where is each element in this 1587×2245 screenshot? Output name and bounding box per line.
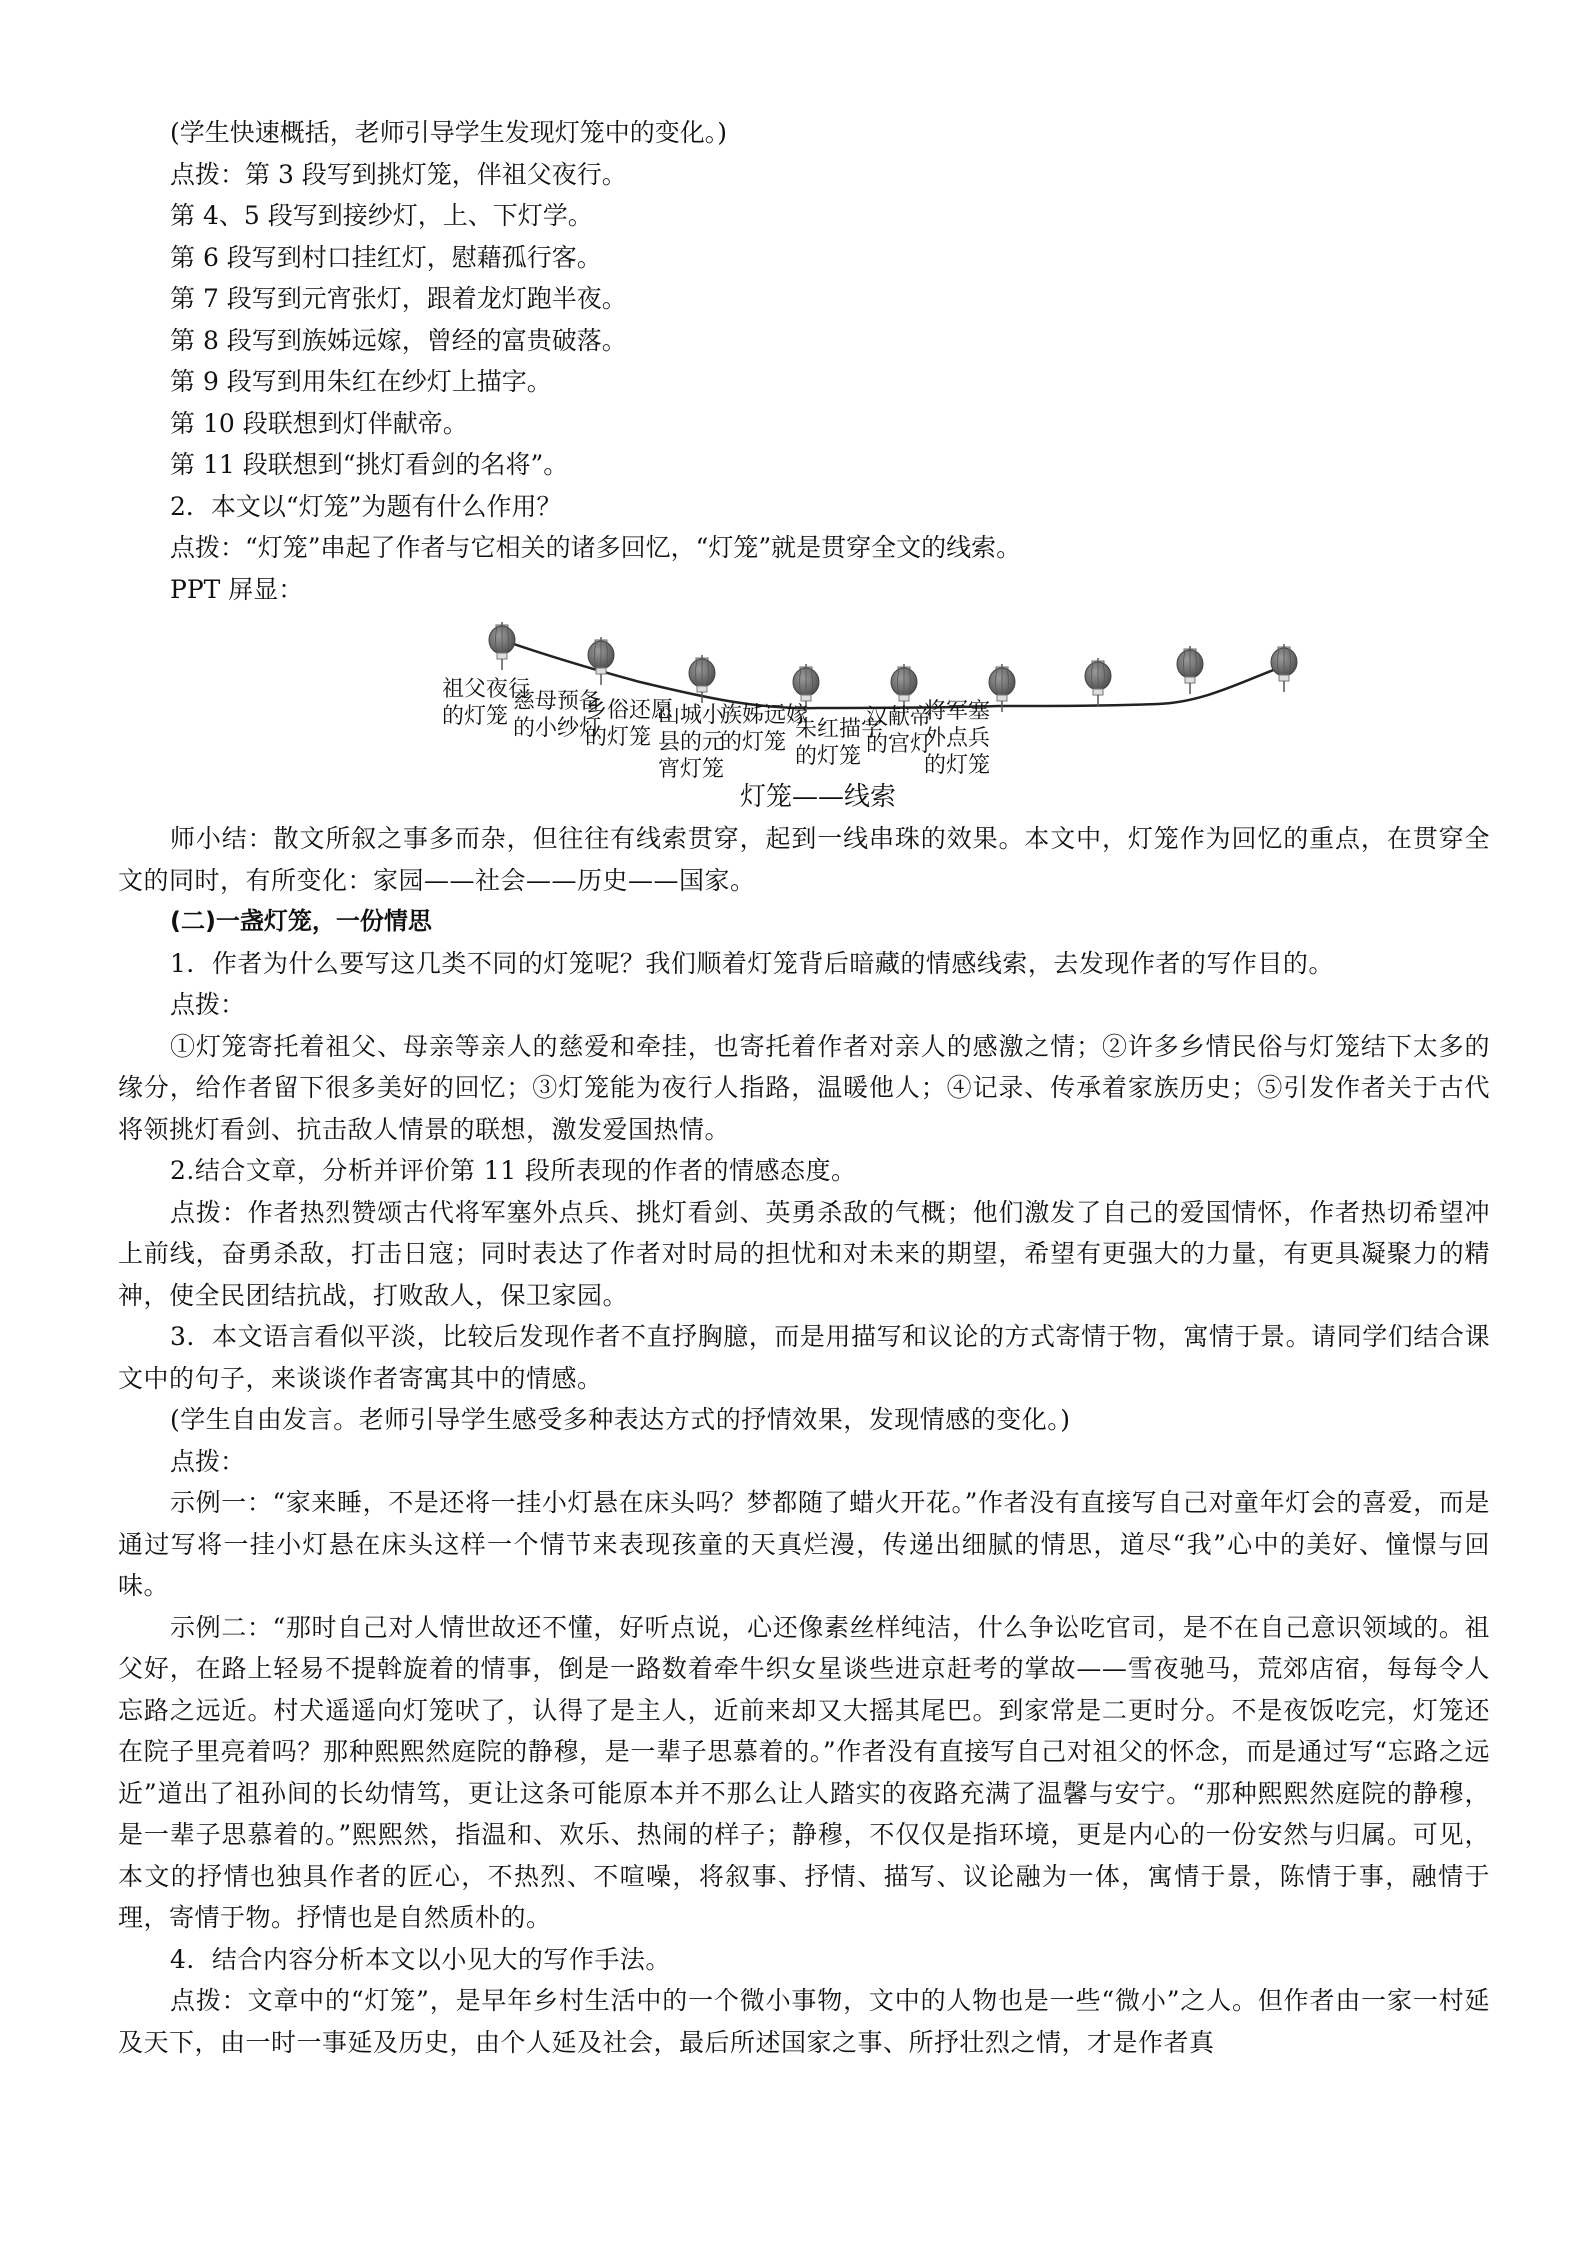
lantern-icon [489,622,515,670]
hint-line: 第 10 段联想到灯伴献帝。 [118,403,1490,445]
lantern-label: 山城小 县的元 宵灯笼 [658,702,724,783]
hint-line: 点拨：第 3 段写到挑灯笼，伴祖父夜行。 [118,154,1490,196]
lantern-clue-diagram: 祖父夜行 的灯笼 慈母预备 的小纱灯 乡俗还愿 的灯笼 山城小 县的元 宵灯笼 … [118,618,1490,814]
label-line: 将军塞 [924,698,990,725]
label-line: 的灯笼 [924,752,990,779]
question-2-hint: 点拨：作者热烈赞颂古代将军塞外点兵、挑灯看剑、英勇杀敌的气概；他们激发了自己的爱… [118,1192,1490,1317]
lantern-icon [689,655,715,703]
diagram-caption: 灯笼——线索 [740,776,896,813]
section-heading: (二)一盏灯笼，一份情思 [118,901,1490,943]
lantern-label: 汉献帝 的宫灯 [866,704,932,758]
label-line: 的宫灯 [866,731,932,758]
lantern-icon [1177,646,1203,694]
label-line: 宵灯笼 [658,756,724,783]
question-1: 1．作者为什么要写这几类不同的灯笼呢？我们顺着灯笼背后暗藏的情感线索，去发现作者… [118,943,1490,985]
hint-line: 第 11 段联想到“挑灯看剑的名将”。 [118,444,1490,486]
label-line: 山城小 [658,702,724,729]
student-note: (学生自由发言。老师引导学生感受多种表达方式的抒情效果，发现情感的变化。) [118,1399,1490,1441]
question-2-hint: 点拨：“灯笼”串起了作者与它相关的诸多回忆，“灯笼”就是贯穿全文的线索。 [118,527,1490,569]
lantern-icon [1085,658,1111,706]
lantern-icon [1271,644,1297,692]
student-task-note: (学生快速概括，老师引导学生发现灯笼中的变化。) [118,112,1490,154]
question-4: 4．结合内容分析本文以小见大的写作手法。 [118,1939,1490,1981]
lantern-icon [588,637,614,685]
lantern-label: 将军塞 外点兵 的灯笼 [924,698,990,779]
question-4-hint: 点拨：文章中的“灯笼”，是早年乡村生活中的一个微小事物，文中的人物也是一些“微小… [118,1980,1490,2063]
teacher-summary: 师小结：散文所叙之事多而杂，但往往有线索贯穿，起到一线串珠的效果。本文中，灯笼作… [118,818,1490,901]
question-2: 2.结合文章，分析并评价第 11 段所表现的作者的情感态度。 [118,1150,1490,1192]
label-line: 外点兵 [924,725,990,752]
label-line: 县的元 [658,729,724,756]
question-2: 2．本文以“灯笼”为题有什么作用？ [118,486,1490,528]
ppt-label: PPT 屏显： [118,569,1490,611]
hint-line: 第 4、5 段写到接纱灯，上、下灯学。 [118,195,1490,237]
question-1-hint: ①灯笼寄托着祖父、母亲等亲人的慈爱和牵挂，也寄托着作者对亲人的感激之情；②许多乡… [118,1026,1490,1151]
hint-line: 第 9 段写到用朱红在纱灯上描字。 [118,361,1490,403]
hint-label: 点拨： [118,1441,1490,1483]
hint-line: 第 6 段写到村口挂红灯，慰藉孤行客。 [118,237,1490,279]
question-3: 3．本文语言看似平淡，比较后发现作者不直抒胸臆，而是用描写和议论的方式寄情于物，… [118,1316,1490,1399]
example-1: 示例一：“家来睡，不是还将一挂小灯悬在床头吗？梦都随了蜡火开花。”作者没有直接写… [118,1482,1490,1607]
example-2: 示例二：“那时自己对人情世故还不懂，好听点说，心还像素丝样纯洁，什么争讼吃官司，… [118,1607,1490,1939]
document-page: (学生快速概括，老师引导学生发现灯笼中的变化。) 点拨：第 3 段写到挑灯笼，伴… [118,112,1490,2063]
label-line: 汉献帝 [866,704,932,731]
hint-label: 点拨： [118,984,1490,1026]
hint-line: 第 8 段写到族姊远嫁，曾经的富贵破落。 [118,320,1490,362]
hint-line: 第 7 段写到元宵张灯，跟着龙灯跑半夜。 [118,278,1490,320]
